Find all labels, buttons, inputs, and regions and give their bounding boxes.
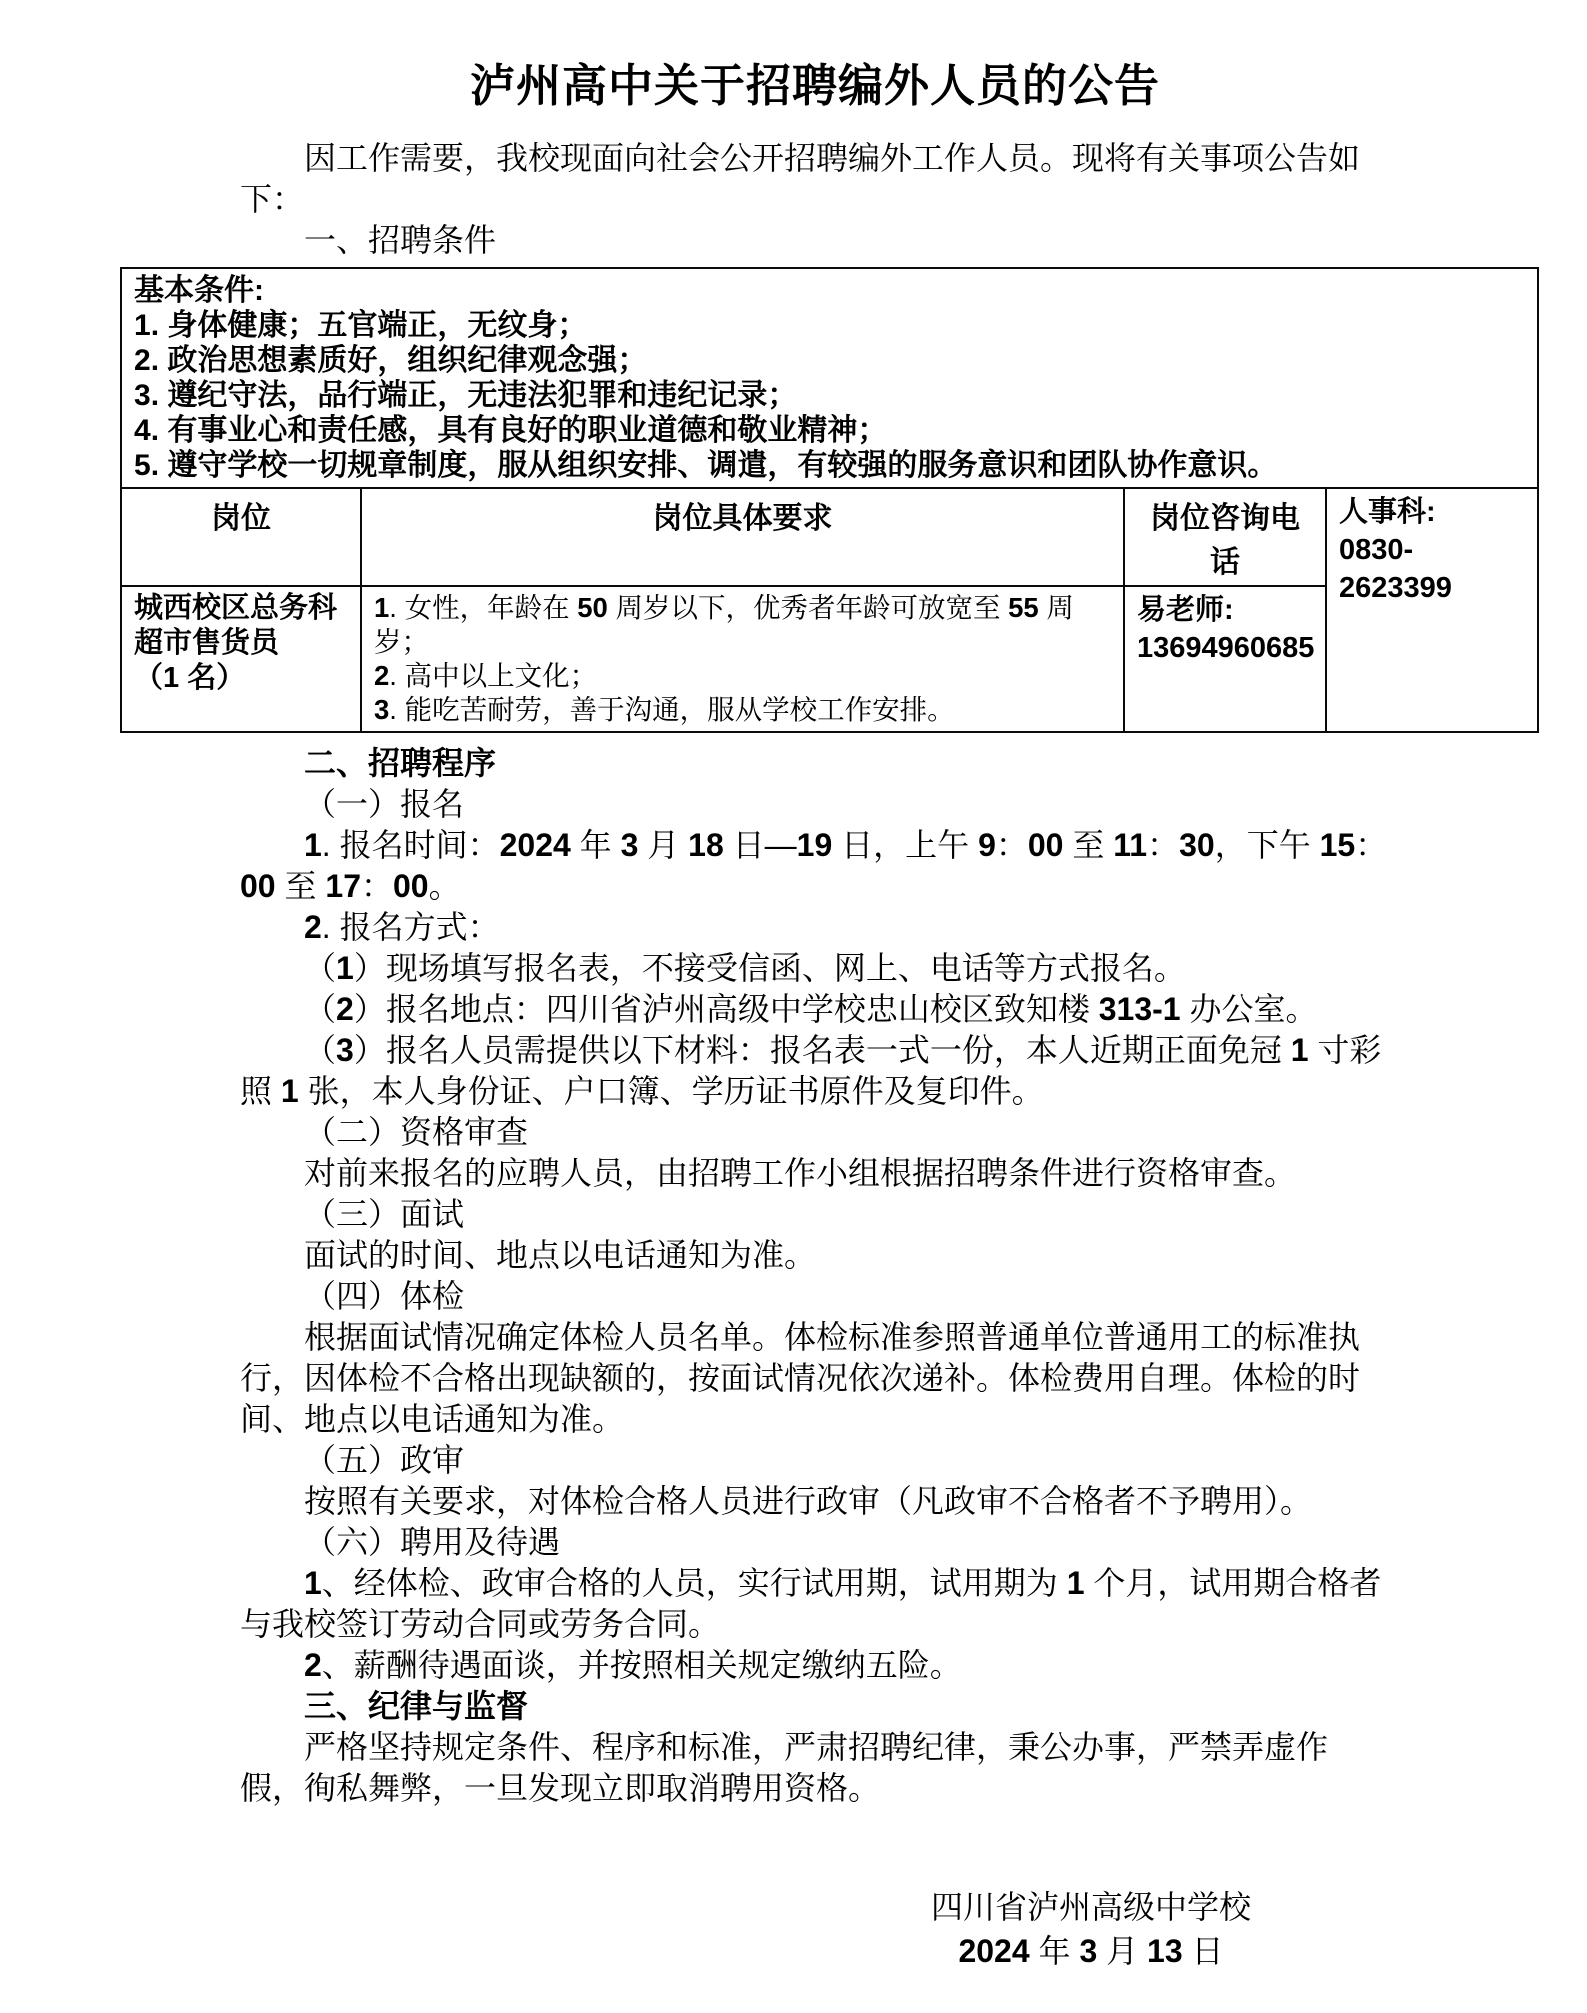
table-header-row: 岗位 岗位具体要求 岗位咨询电话 人事科: 0830-2623399 (121, 488, 1538, 586)
sub-heading-political-review: （五）政审 (240, 1440, 1390, 1481)
para-qualification-review: 对前来报名的应聘人员，由招聘工作小组根据招聘条件进行资格审查。 (240, 1153, 1390, 1194)
table-row: 城西校区总务科超市售货员 （1 名） 1. 女性，年龄在 50 周岁以下，优秀者… (121, 586, 1538, 732)
basic-conditions-title: 基本条件: (134, 273, 1525, 308)
para-employment-probation: 1、经体检、政审合格的人员，实行试用期，试用期为 1 个月，试用期合格者与我校签… (240, 1563, 1390, 1645)
requirements-cell: 1. 女性，年龄在 50 周岁以下，优秀者年龄可放宽至 55 周岁； 2. 高中… (361, 586, 1124, 732)
section-3-heading: 三、纪律与监督 (240, 1686, 1390, 1727)
para-political-review: 按照有关要求，对体检合格人员进行政审（凡政审不合格者不予聘用）。 (240, 1481, 1390, 1522)
basic-conditions-cell: 基本条件: 1. 身体健康；五官端正，无纹身； 2. 政治思想素质好，组织纪律观… (121, 268, 1538, 488)
requirement-item: 2. 高中以上文化； (374, 659, 1111, 693)
sub-heading-physical-exam: （四）体检 (240, 1276, 1390, 1317)
hr-department-label: 人事科: (1339, 493, 1525, 531)
col-header-phone: 岗位咨询电话 (1124, 488, 1326, 586)
page-title: 泸州高中关于招聘编外人员的公告 (240, 58, 1390, 114)
requirement-item: 1. 女性，年龄在 50 周岁以下，优秀者年龄可放宽至 55 周岁； (374, 591, 1111, 659)
sub-heading-qualification-review: （二）资格审查 (240, 1112, 1390, 1153)
para-method-location: （2）报名地点：四川省泸州高级中学校忠山校区致知楼 313-1 办公室。 (240, 989, 1390, 1030)
section-1-heading: 一、招聘条件 (240, 220, 1390, 261)
announcement-document: 泸州高中关于招聘编外人员的公告 因工作需要，我校现面向社会公开招聘编外工作人员。… (0, 0, 1587, 2013)
para-method-materials: （3）报名人员需提供以下材料：报名表一式一份，本人近期正面免冠 1 寸彩照 1 … (240, 1030, 1390, 1112)
para-method-onsite: （1）现场填写报名表，不接受信函、网上、电话等方式报名。 (240, 948, 1390, 989)
para-interview: 面试的时间、地点以电话通知为准。 (240, 1235, 1390, 1276)
hr-contact-cell: 人事科: 0830-2623399 (1326, 488, 1538, 732)
post-cell: 城西校区总务科超市售货员 （1 名） (121, 586, 361, 732)
basic-condition-item: 3. 遵纪守法，品行端正，无违法犯罪和违纪记录； (134, 378, 1525, 413)
contact-cell: 易老师: 13694960685 (1124, 586, 1326, 732)
sub-heading-employment: （六）聘用及待遇 (240, 1522, 1390, 1563)
para-employment-salary: 2、薪酬待遇面谈，并按照相关规定缴纳五险。 (240, 1645, 1390, 1686)
basic-condition-item: 4. 有事业心和责任感，具有良好的职业道德和敬业精神； (134, 413, 1525, 448)
contact-name: 易老师: (1137, 591, 1313, 629)
section-2-heading: 二、招聘程序 (240, 743, 1390, 784)
para-signup-method: 2. 报名方式： (240, 907, 1390, 948)
para-physical-exam: 根据面试情况确定体检人员名单。体检标准参照普通单位普通用工的标准执行，因体检不合… (240, 1317, 1390, 1440)
requirement-item: 3. 能吃苦耐劳，善于沟通，服从学校工作安排。 (374, 693, 1111, 727)
col-header-requirements: 岗位具体要求 (361, 488, 1124, 586)
sub-heading-signup: （一）报名 (240, 784, 1390, 825)
signature-date: 2024 年 3 月 13 日 (931, 1929, 1251, 1973)
hr-phone-number: 0830-2623399 (1339, 531, 1525, 607)
intro-paragraph: 因工作需要，我校现面向社会公开招聘编外工作人员。现将有关事项公告如下： (240, 138, 1390, 220)
sub-heading-interview: （三）面试 (240, 1194, 1390, 1235)
basic-condition-item: 2. 政治思想素质好，组织纪律观念强； (134, 343, 1525, 378)
para-signup-time: 1. 报名时间：2024 年 3 月 18 日—19 日，上午 9：00 至 1… (240, 825, 1390, 907)
contact-phone-number: 13694960685 (1137, 629, 1313, 667)
post-name: 城西校区总务科超市售货员 (134, 591, 348, 661)
post-count: （1 名） (134, 661, 348, 696)
signature-block: 四川省泸州高级中学校 2024 年 3 月 13 日 (240, 1885, 1390, 1973)
basic-condition-item: 5. 遵守学校一切规章制度，服从组织安排、调遣，有较强的服务意识和团队协作意识。 (134, 448, 1525, 483)
signature-org: 四川省泸州高级中学校 (931, 1885, 1251, 1929)
col-header-post: 岗位 (121, 488, 361, 586)
conditions-table: 基本条件: 1. 身体健康；五官端正，无纹身； 2. 政治思想素质好，组织纪律观… (120, 267, 1537, 733)
basic-conditions-row: 基本条件: 1. 身体健康；五官端正，无纹身； 2. 政治思想素质好，组织纪律观… (121, 268, 1538, 488)
para-discipline: 严格坚持规定条件、程序和标准，严肃招聘纪律，秉公办事，严禁弄虚作假，徇私舞弊，一… (240, 1727, 1390, 1809)
basic-condition-item: 1. 身体健康；五官端正，无纹身； (134, 308, 1525, 343)
